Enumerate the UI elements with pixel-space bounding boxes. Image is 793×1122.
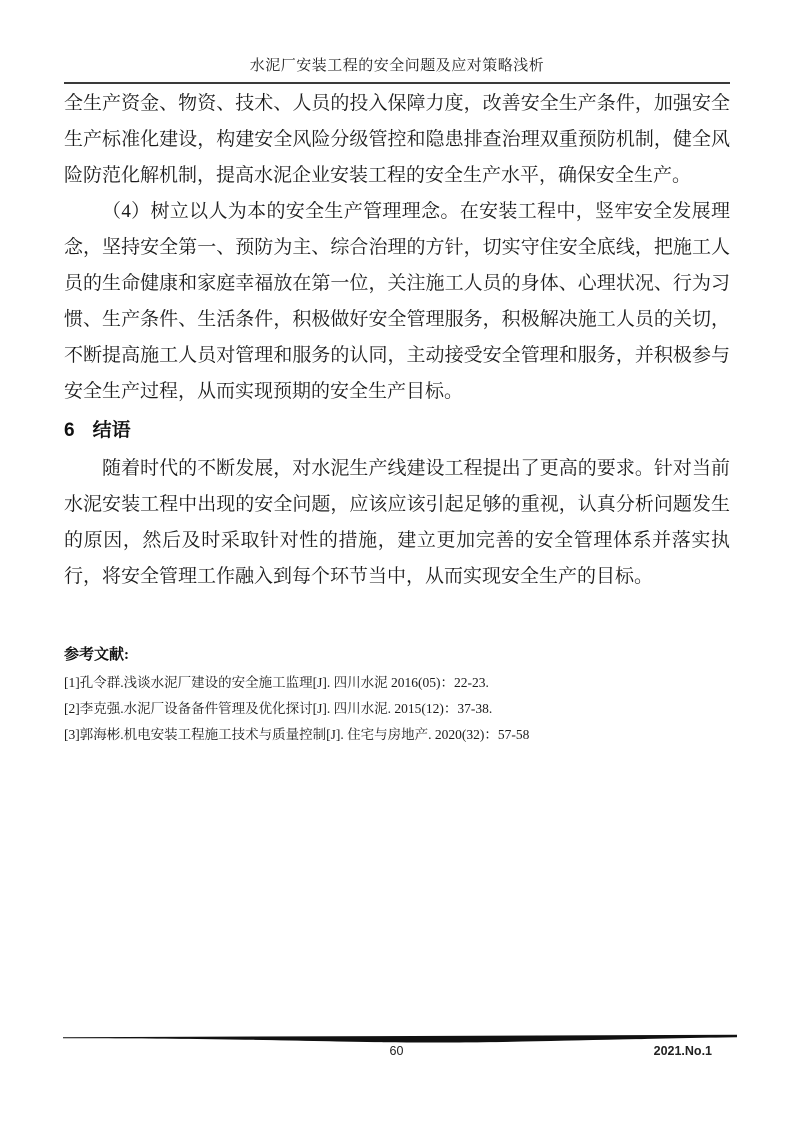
conclusion-paragraph: 随着时代的不断发展，对水泥生产线建设工程提出了更高的要求。针对当前水泥安装工程中… — [64, 451, 730, 595]
reference-item: [3]郭海彬.机电安装工程施工技术与质量控制[J]. 住宅与房地产. 2020(… — [64, 722, 730, 748]
reference-item: [1]孔令群.浅谈水泥厂建设的安全施工监理[J]. 四川水泥 2016(05)：… — [64, 670, 730, 696]
footer-texts: 60 2021.No.1 — [0, 1044, 793, 1064]
references-section: 参考文献: [1]孔令群.浅谈水泥厂建设的安全施工监理[J]. 四川水泥 201… — [64, 644, 730, 748]
document-page: 水泥厂安装工程的安全问题及应对策略浅析 全生产资金、物资、技术、人员的投入保障力… — [0, 0, 793, 1122]
reference-item: [2]李克强.水泥厂设备备件管理及优化探讨[J]. 四川水泥. 2015(12)… — [64, 696, 730, 722]
section-heading: 6结语 — [64, 417, 730, 445]
references-heading: 参考文献: — [64, 644, 730, 666]
footer-rule — [63, 1034, 737, 1044]
page-content: 水泥厂安装工程的安全问题及应对策略浅析 全生产资金、物资、技术、人员的投入保障力… — [64, 56, 730, 748]
body-text: 全生产资金、物资、技术、人员的投入保障力度，改善安全生产条件，加强安全生产标准化… — [64, 86, 730, 595]
section-title: 结语 — [93, 420, 131, 441]
paragraph-point4: （4）树立以人为本的安全生产管理理念。在安装工程中，竖牢安全发展理念，坚持安全第… — [64, 194, 730, 410]
paragraph-continuation: 全生产资金、物资、技术、人员的投入保障力度，改善安全生产条件，加强安全生产标准化… — [64, 86, 730, 194]
section-number: 6 — [64, 417, 75, 445]
header-rule — [64, 82, 730, 84]
running-header-title: 水泥厂安装工程的安全问题及应对策略浅析 — [64, 56, 730, 76]
issue-label: 2021.No.1 — [654, 1044, 712, 1058]
